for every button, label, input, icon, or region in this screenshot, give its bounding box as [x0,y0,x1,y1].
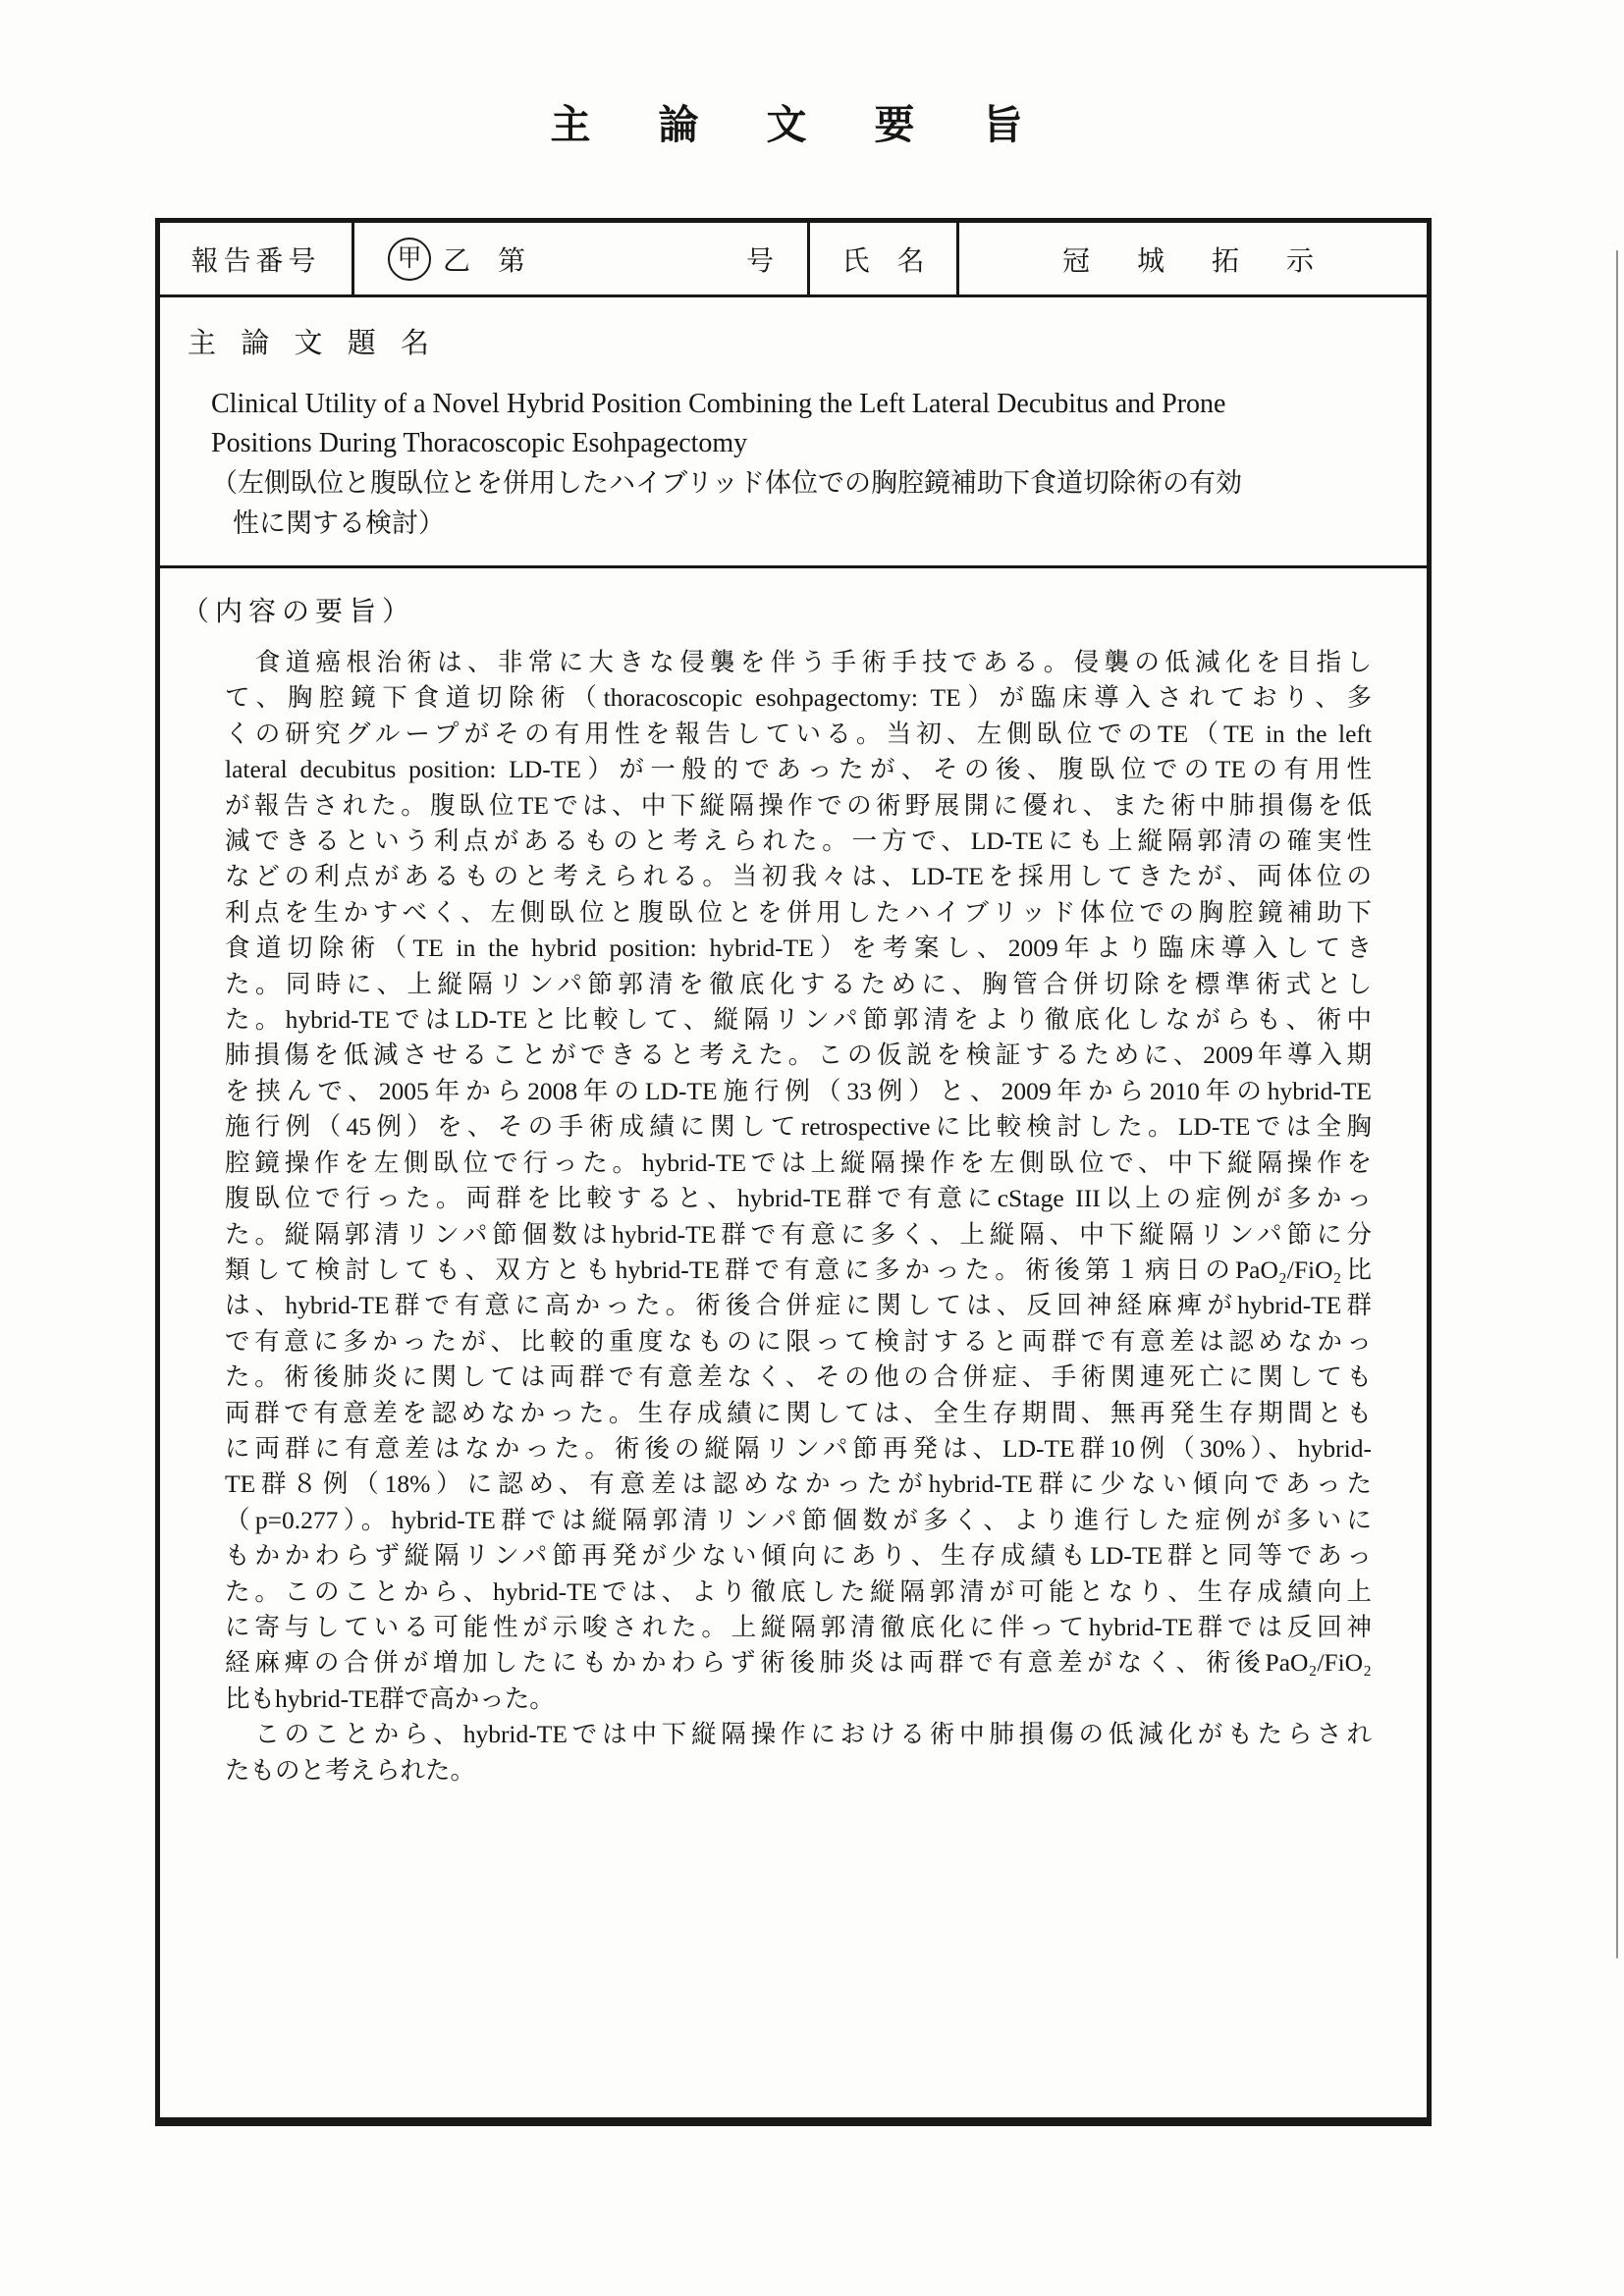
abstract-text-line: に寄与している可能性が示唆された。上縦隔郭清徹底化に伴ってhybrid-TE群で… [225,1610,1372,1645]
thesis-title-japanese-line-1: （左側臥位と腹臥位とを併用したハイブリッド体位での胸腔鏡補助下食道切除術の有効 [211,463,1397,504]
abstract-text-line: 比もhybrid-TE群で高かった。 [225,1682,1372,1717]
abstract-text-line: 食道切除術（TE in the hybrid position: hybrid-… [225,931,1372,966]
degree-text: 乙 第 [443,240,525,279]
abstract-text-line: は、hybrid-TE群で有意に高かった。術後合併症に関しては、反回神経麻痺がh… [225,1288,1372,1323]
thesis-title-text: Clinical Utility of a Novel Hybrid Posit… [188,385,1397,544]
abstract-text-line: 腹臥位で行った。両群を比較すると、hybrid-TE群で有意にcStage II… [225,1181,1372,1216]
abstract-text-line: このことから、hybrid-TEでは中下縦隔操作における術中肺損傷の低減化がもた… [225,1717,1372,1752]
number-suffix-label: 号 [746,240,774,279]
abstract-text-line: 施行例（45例）を、その手術成績に関してretrospectiveに比較検討した… [225,1109,1372,1145]
abstract-text-line: た。同時に、上縦隔リンパ節郭清を徹底化するために、胸管合併切除を標準術式とし [225,967,1372,1002]
page-title: 主 論 文 要 旨 [155,92,1432,150]
circled-kou-mark: 甲 [388,238,431,281]
name-value: 冠 城 拓 示 [959,223,1427,294]
abstract-text-line: た。術後肺炎に関しては両群で有意差なく、その他の合併症、手術関連死亡に関しても [225,1360,1372,1395]
abstract-text-line: 利点を生かすべく、左側臥位と腹臥位とを併用したハイブリッド体位での胸腔鏡補助下 [225,895,1372,931]
abstract-text-line: に両群に有意差はなかった。術後の縦隔リンパ節再発は、LD-TE群10例（30%）… [225,1431,1372,1467]
thesis-title-japanese-line-2: 性に関する検討） [211,504,1397,544]
abstract-section: （内容の要旨） 食道癌根治術は、非常に大きな侵襲を伴う手術手技である。侵襲の低減… [160,568,1427,1789]
abstract-paragraph-1: 食道癌根治術は、非常に大きな侵襲を伴う手術手技である。侵襲の低減化を目指して、胸… [225,645,1372,1717]
abstract-text-line: くの研究グループがその有用性を報告している。当初、左側臥位でのTE（TE in … [225,717,1372,752]
scan-edge-artifact [1616,250,1618,1958]
abstract-text-line: 腔鏡操作を左側臥位で行った。hybrid-TEでは上縦隔操作を左側臥位で、中下縦… [225,1146,1372,1181]
thesis-title-english-line-1: Clinical Utility of a Novel Hybrid Posit… [211,385,1397,424]
abstract-text-line: lateral decubitus position: LD-TE）が一般的であ… [225,752,1372,787]
abstract-text-line: もかかわらず縦隔リンパ節再発が少ない傾向にあり、生存成績もLD-TE群と同等であ… [225,1538,1372,1574]
abstract-text-line: 減できるという利点があるものと考えられた。一方で、LD-TEにも上縦隔郭清の確実… [225,824,1372,859]
abstract-section-label: （内容の要旨） [182,590,1372,629]
abstract-text-line: 両群で有意差を認めなかった。生存成績に関しては、全生存期間、無再発生存期間とも [225,1396,1372,1431]
main-form-table: 報告番号 甲 乙 第 号 氏 名 冠 城 拓 示 主 論 文 題 名 Clini… [155,218,1432,2126]
document-page: 主 論 文 要 旨 報告番号 甲 乙 第 号 氏 名 冠 城 拓 示 主 論 文… [0,0,1624,2296]
abstract-text-line: た。hybrid-TEではLD-TEと比較して、縦隔リンパ節郭清をより徹底化しな… [225,1002,1372,1038]
abstract-text-line: 食道癌根治術は、非常に大きな侵襲を伴う手術手技である。侵襲の低減化を目指し [225,645,1372,680]
header-row: 報告番号 甲 乙 第 号 氏 名 冠 城 拓 示 [160,223,1427,297]
abstract-text-line: で有意に多かったが、比較的重度なものに限って検討すると両群で有意差は認めなかっ [225,1324,1372,1360]
abstract-paragraph-2: このことから、hybrid-TEでは中下縦隔操作における術中肺損傷の低減化がもた… [225,1717,1372,1789]
abstract-body: 食道癌根治術は、非常に大きな侵襲を伴う手術手技である。侵襲の低減化を目指して、胸… [225,645,1372,1789]
report-number-label: 報告番号 [160,223,354,294]
thesis-title-english-line-2: Positions During Thoracoscopic Esohpagec… [211,424,1397,463]
name-label: 氏 名 [810,223,959,294]
abstract-text-line: TE群８例（18%）に認め、有意差は認めなかったがhybrid-TE群に少ない傾… [225,1467,1372,1502]
abstract-text-line: た。このことから、hybrid-TEでは、より徹底した縦隔郭清が可能となり、生存… [225,1575,1372,1610]
abstract-text-line: 類して検討しても、双方ともhybrid-TE群で有意に多かった。術後第１病日のP… [225,1253,1372,1288]
abstract-text-line: た。縦隔郭清リンパ節個数はhybrid-TE群で有意に多く、上縦隔、中下縦隔リン… [225,1217,1372,1253]
abstract-text-line: が報告された。腹臥位TEでは、中下縦隔操作での術野展開に優れ、また術中肺損傷を低 [225,788,1372,824]
report-number-cell: 甲 乙 第 号 [354,223,810,294]
abstract-text-line: を挟んで、2005年から2008年のLD-TE施行例（33例）と、2009年から… [225,1074,1372,1109]
abstract-text-line: 経麻痺の合併が増加したにもかかわらず術後肺炎は両群で有意差がなく、術後PaO₂/… [225,1645,1372,1681]
thesis-title-section-label: 主 論 文 題 名 [188,321,1397,361]
abstract-text-line: て、胸腔鏡下食道切除術（thoracoscopic esohpagectomy:… [225,680,1372,716]
thesis-title-section: 主 論 文 題 名 Clinical Utility of a Novel Hy… [160,297,1427,568]
abstract-text-line: 肺損傷を低減させることができると考えた。この仮説を検証するために、2009年導入… [225,1038,1372,1073]
abstract-text-line: たものと考えられた。 [225,1753,1372,1789]
abstract-text-line: などの利点があるものと考えられる。当初我々は、LD-TEを採用してきたが、両体位… [225,859,1372,894]
abstract-text-line: （p=0.277）。hybrid-TE群では縦隔郭清リンパ節個数が多く、より進行… [225,1503,1372,1538]
